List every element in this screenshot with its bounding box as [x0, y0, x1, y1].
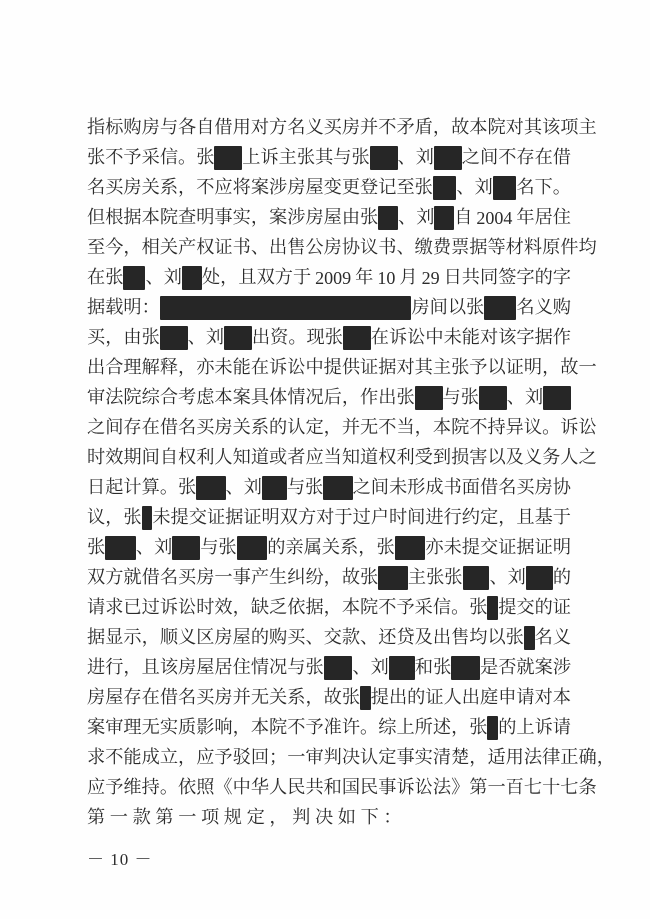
number-text: 2009 — [311, 263, 355, 293]
redaction-box — [378, 566, 408, 590]
redaction-box — [172, 536, 200, 560]
redaction-box — [484, 296, 516, 320]
redaction-box — [224, 326, 252, 350]
text-line: 房屋存在借名买房并无关系，故张提出的证人出庭申请对本 — [87, 683, 571, 713]
redaction-box — [463, 566, 490, 590]
text-line: 第一款第一项规定，判决如下： — [87, 803, 571, 833]
text-line: 应予维持。依照《中华人民共和国民事诉讼法》第一百七十七条 — [87, 773, 571, 803]
redaction-box — [160, 296, 412, 320]
text-line: 之间存在借名买房关系的认定，并无不当，本院不持异议。诉讼 — [87, 413, 571, 443]
redaction-box — [262, 476, 287, 500]
text-line: 至今，相关产权证书、出售公房协议书、缴费票据等材料原件均 — [87, 233, 571, 263]
number-text: 2004 — [472, 203, 516, 233]
redaction-box — [378, 206, 398, 230]
redaction-box — [237, 536, 268, 560]
redaction-box — [360, 686, 371, 710]
redaction-box — [415, 386, 443, 410]
redaction-box — [434, 146, 462, 170]
text-line: 进行，且该房屋居住情况与张、刘和张是否就案涉 — [87, 653, 571, 683]
redaction-box — [487, 596, 498, 620]
redaction-box — [526, 566, 553, 590]
redaction-box — [343, 326, 371, 350]
text-line: 张不予采信。张上诉主张其与张、刘之间不存在借 — [87, 143, 571, 173]
redaction-box — [214, 146, 242, 170]
redaction-box — [105, 536, 136, 560]
redaction-box — [389, 656, 415, 680]
text-line: 据载明：房间以张名义购 — [87, 293, 571, 323]
redaction-box — [123, 266, 145, 290]
text-line: 据显示，顺义区房屋的购买、交款、还贷及出售均以张名义 — [87, 623, 571, 653]
text-line: 但根据本院查明事实，案涉房屋由张、刘自2004年居住 — [87, 203, 571, 233]
redaction-box — [487, 716, 498, 740]
text-line: 审法院综合考虑本案具体情况后，作出张与张、刘 — [87, 383, 571, 413]
judgment-body-text: 指标购房与各自借用对方名义买房并不矛盾，故本院对其该项主张不予采信。张上诉主张其… — [87, 113, 571, 833]
redaction-box — [182, 266, 202, 290]
text-line: 在张、刘处，且双方于2009年10月29日共同签字的字 — [87, 263, 571, 293]
text-line: 名买房关系，不应将案涉房屋变更登记至张、刘名下。 — [87, 173, 571, 203]
redaction-box — [543, 386, 571, 410]
text-line: 出合理解释，亦未能在诉讼中提供证据对其主张予以证明，故一 — [87, 353, 571, 383]
number-text: 10 — [373, 263, 399, 293]
redaction-box — [395, 536, 426, 560]
redaction-box — [479, 386, 507, 410]
text-line: 请求已过诉讼时效，缺乏依据，本院不予采信。张提交的证 — [87, 593, 571, 623]
redaction-box — [160, 326, 188, 350]
redaction-box — [142, 506, 153, 530]
text-line: 求不能成立，应予驳回；一审判决认定事实清楚，适用法律正确， — [87, 743, 571, 773]
redaction-box — [451, 656, 480, 680]
redaction-box — [196, 476, 225, 500]
redaction-box — [434, 206, 454, 230]
text-line: 日起计算。张、刘与张之间未形成书面借名买房协 — [87, 473, 571, 503]
text-line: 案审理无实质影响，本院不予准许。综上所述，张的上诉请 — [87, 713, 571, 743]
redaction-box — [433, 176, 457, 200]
page-number: － 10 － — [87, 845, 153, 870]
text-line: 双方就借名买房一事产生纠纷，故张主张张、刘的 — [87, 563, 571, 593]
text-line: 张、刘与张的亲属关系，张亦未提交证据证明 — [87, 533, 571, 563]
redaction-box — [493, 176, 517, 200]
redaction-box — [524, 626, 535, 650]
text-line: 指标购房与各自借用对方名义买房并不矛盾，故本院对其该项主 — [87, 113, 571, 143]
number-text: 29 — [418, 263, 444, 293]
redaction-box — [324, 656, 353, 680]
document-page: 指标购房与各自借用对方名义买房并不矛盾，故本院对其该项主张不予采信。张上诉主张其… — [0, 0, 650, 919]
text-line: 议，张未提交证据证明双方对于过户时间进行约定，且基于 — [87, 503, 571, 533]
text-line: 买，由张、刘出资。现张在诉讼中未能对该字据作 — [87, 323, 571, 353]
redaction-box — [323, 476, 352, 500]
text-line: 时效期间自权利人知道或者应当知道权利受到损害以及义务人之 — [87, 443, 571, 473]
redaction-box — [370, 146, 398, 170]
